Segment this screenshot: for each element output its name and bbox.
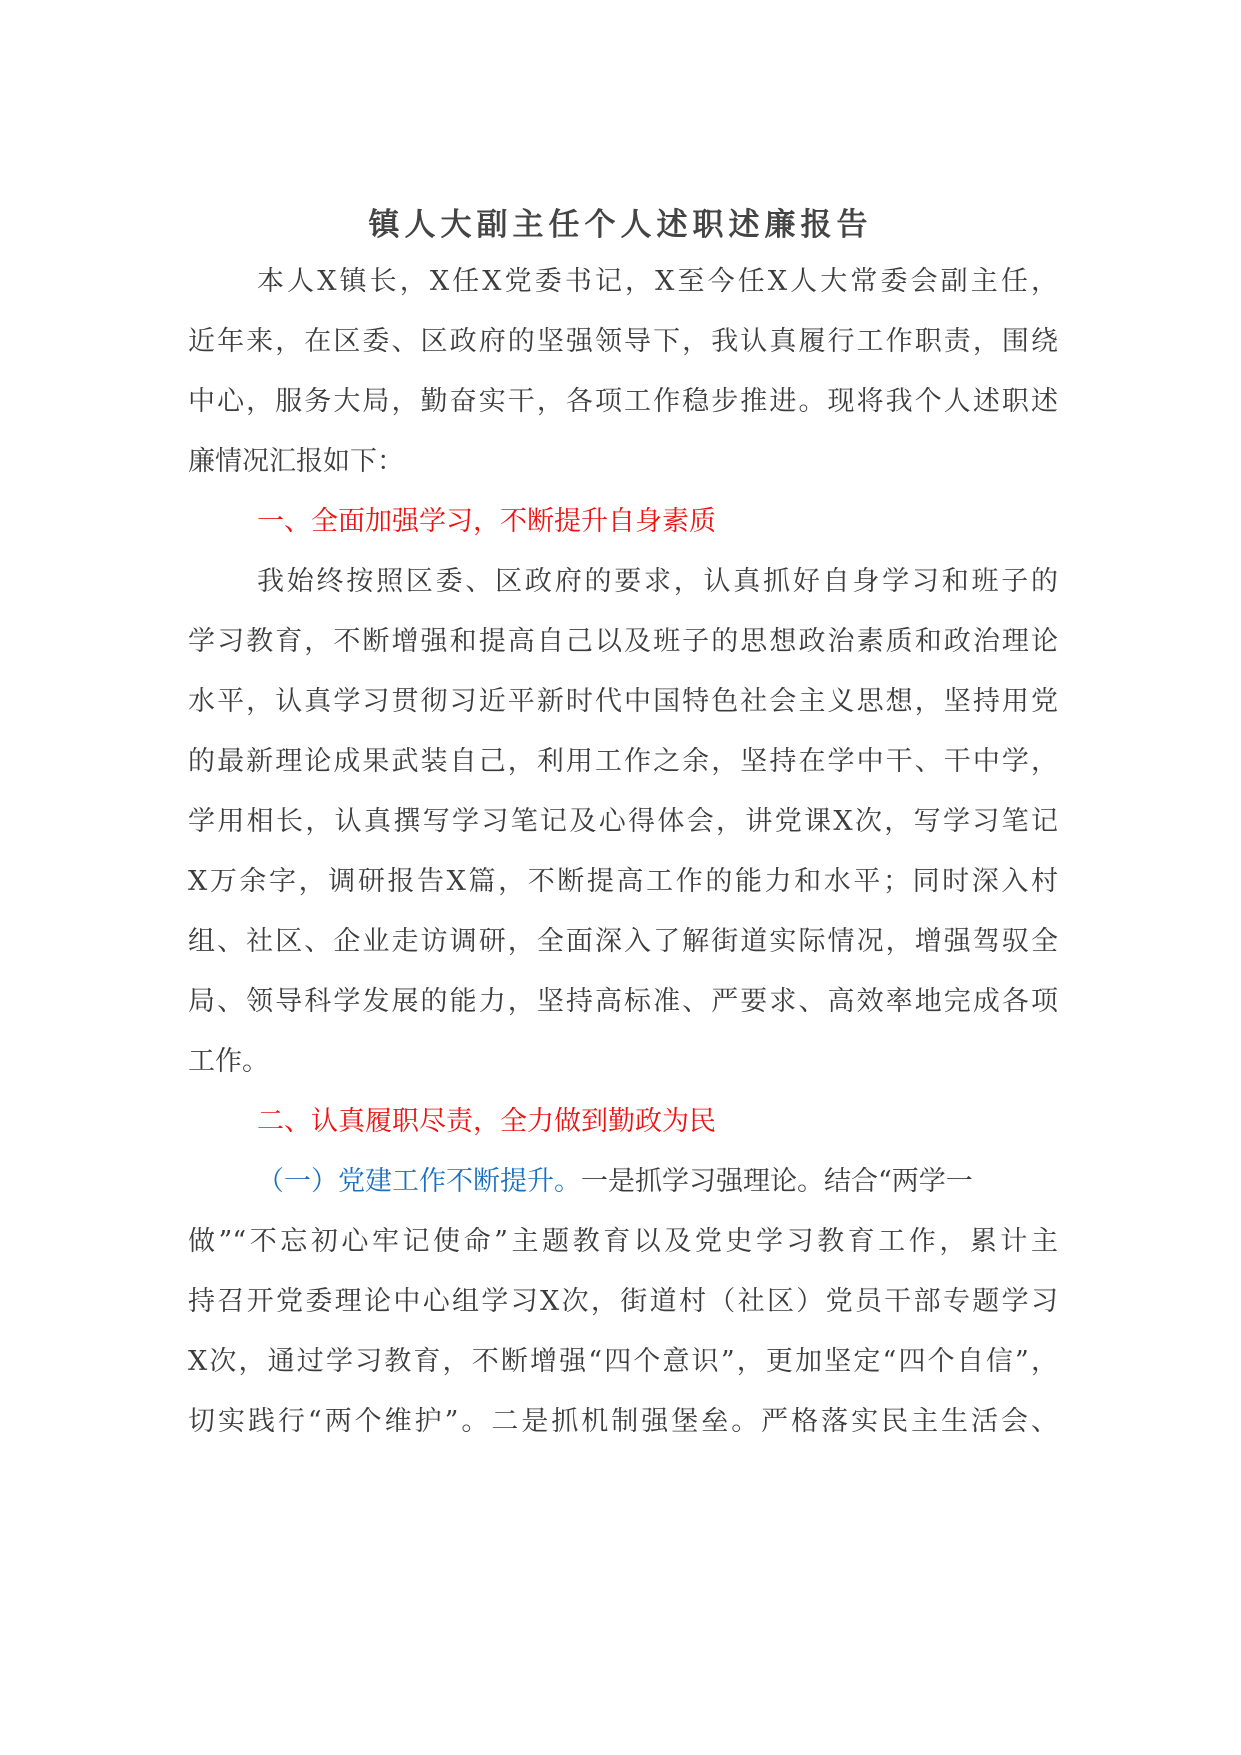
subsection-first-line: （一）党建工作不断提升。一是抓学习强理论。结合“两学一 (257, 1162, 1058, 1202)
paragraph-line: 本人X镇长，X任X党委书记，X至今任X人大常委会副主任， (257, 262, 1058, 302)
document-page: 镇人大副主任个人述职述廉报告 本人X镇长，X任X党委书记，X至今任X人大常委会副… (0, 0, 1241, 1755)
paragraph-line: 做”“不忘初心牢记使命”主题教育以及党史学习教育工作，累计主 (188, 1222, 1058, 1262)
paragraph-line: 学习教育，不断增强和提高自己以及班子的思想政治素质和政治理论 (188, 622, 1058, 662)
paragraph-line: X次，通过学习教育，不断增强“四个意识”，更加坚定“四个自信”， (188, 1342, 1058, 1382)
paragraph-line: 我始终按照区委、区政府的要求，认真抓好自身学习和班子的 (257, 562, 1058, 602)
paragraph-line: 近年来，在区委、区政府的坚强领导下，我认真履行工作职责，围绕 (188, 322, 1058, 362)
subsection-label: （一）党建工作不断提升。 (257, 1166, 581, 1197)
paragraph-line: 廉情况汇报如下： (188, 442, 1058, 482)
paragraph-line: 的最新理论成果武装自己，利用工作之余，坚持在学中干、干中学， (188, 742, 1058, 782)
subsection-text: 一是抓学习强理论。结合“两学一 (581, 1166, 973, 1197)
section-heading-2: 二、认真履职尽责，全力做到勤政为民 (257, 1102, 1058, 1142)
section-heading-1: 一、全面加强学习，不断提升自身素质 (257, 502, 1058, 542)
paragraph-line: 学用相长，认真撰写学习笔记及心得体会，讲党课X次，写学习笔记 (188, 802, 1058, 842)
paragraph-line: 局、领导科学发展的能力，坚持高标准、严要求、高效率地完成各项 (188, 982, 1058, 1022)
paragraph-line: X万余字，调研报告X篇，不断提高工作的能力和水平；同时深入村 (188, 862, 1058, 902)
paragraph-line: 工作。 (188, 1042, 1058, 1082)
document-title: 镇人大副主任个人述职述廉报告 (0, 205, 1241, 245)
paragraph-line: 持召开党委理论中心组学习X次，街道村（社区）党员干部专题学习 (188, 1282, 1058, 1322)
paragraph-line: 组、社区、企业走访调研，全面深入了解街道实际情况，增强驾驭全 (188, 922, 1058, 962)
paragraph-line: 中心，服务大局，勤奋实干，各项工作稳步推进。现将我个人述职述 (188, 382, 1058, 422)
paragraph-line: 水平，认真学习贯彻习近平新时代中国特色社会主义思想，坚持用党 (188, 682, 1058, 722)
paragraph-line: 切实践行“两个维护”。二是抓机制强堡垒。严格落实民主生活会、 (188, 1402, 1058, 1442)
